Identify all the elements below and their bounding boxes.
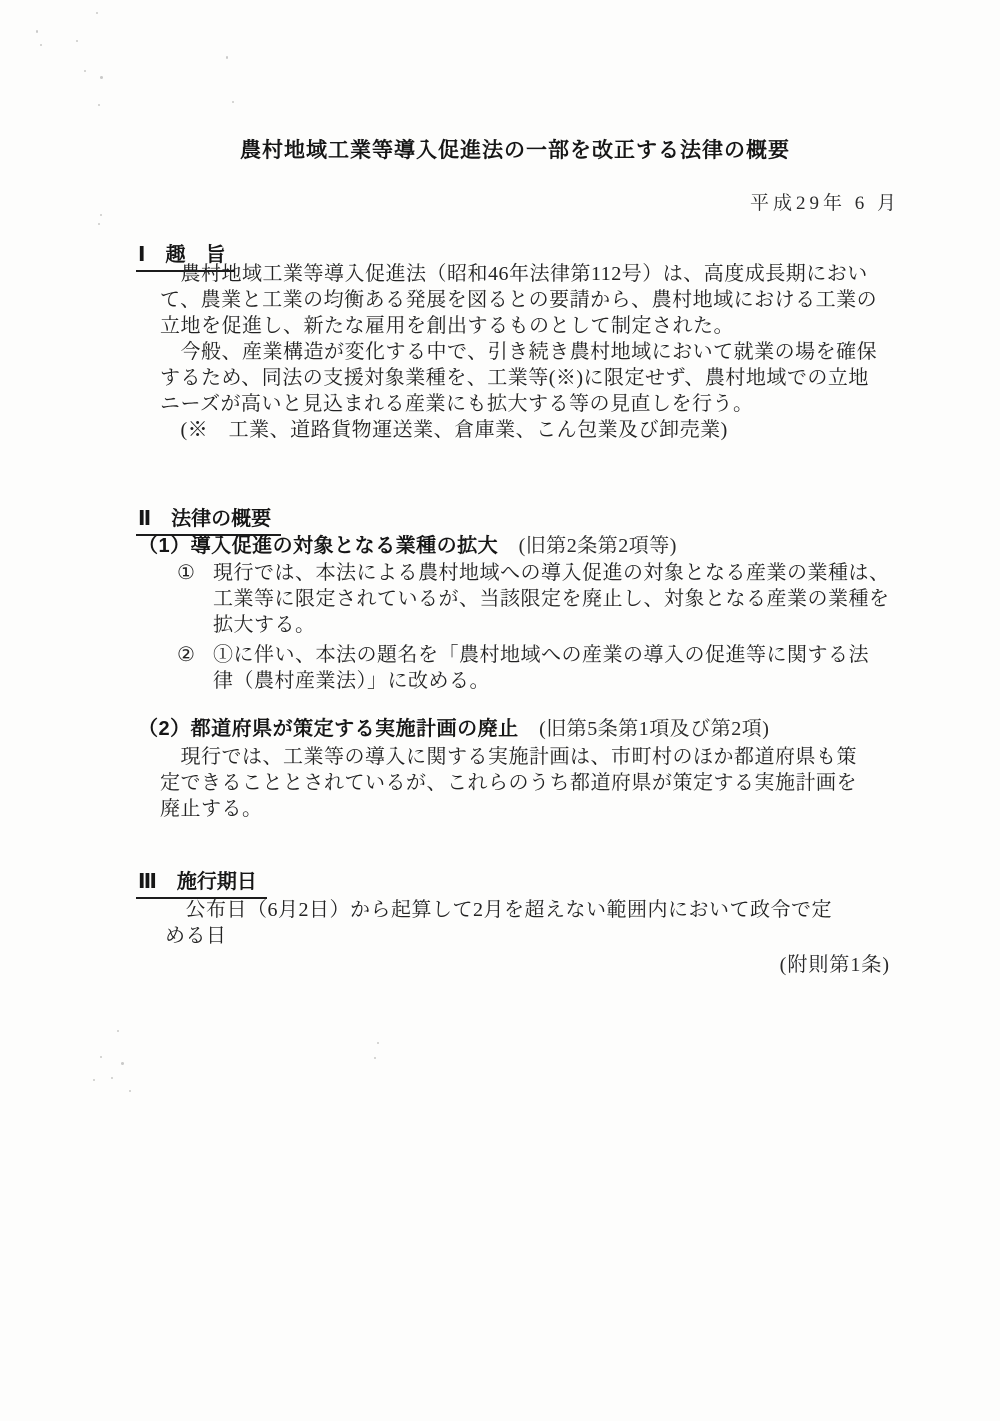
scan-speck [111,1077,113,1079]
scan-speck [76,40,78,42]
item-2-heading-ref: (旧第5条第1項及び第2項) [519,718,770,740]
item-1-heading: （1）導入促進の対象となる業種の拡大 (旧第2条第2項等) [138,529,677,558]
circled-number-1: ① [177,560,213,586]
scan-speck [377,1042,379,1044]
scan-speck [93,1079,95,1081]
scan-speck [100,214,102,216]
section-3-heading-text: Ⅲ 施行期日 [136,865,267,899]
scan-speck [84,70,86,72]
section-3-body: 公布日（6月2日）から起算して2月を超えない範囲内において政令で定 める日 [165,897,832,949]
item-1-point-2-text: ①に伴い、本法の題名を「農村地域への産業の導入の促進等に関する法 律（農村産業法… [213,642,869,694]
section-1-body: 農村地域工業等導入促進法（昭和46年法律第112号）は、高度成長期におい て、農… [160,261,877,443]
document-title: 農村地域工業等導入促進法の一部を改正する法律の概要 [0,134,1000,164]
item-2-heading-bold: （2）都道府県が策定する実施計画の廃止 [138,718,519,740]
scan-speck [100,1056,102,1058]
scan-speck [374,1057,376,1059]
scanned-document-page: 農村地域工業等導入促進法の一部を改正する法律の概要 平成29年 6 月 Ⅰ 趣 … [0,0,1000,1421]
item-1-heading-ref: (旧第2条第2項等) [498,535,677,557]
scan-speck [226,56,228,59]
scan-speck [129,1090,131,1092]
scan-speck [40,44,42,46]
document-date: 平成29年 6 月 [750,188,900,215]
scan-speck [232,101,234,103]
scan-speck [100,76,103,79]
item-2-heading: （2）都道府県が策定する実施計画の廃止 (旧第5条第1項及び第2項) [138,712,769,741]
item-1-heading-bold: （1）導入促進の対象となる業種の拡大 [138,535,498,557]
section-3-ref: (附則第1条) [780,948,890,977]
scan-speck [36,30,38,33]
scan-speck [121,1062,124,1065]
item-1-point-1-text: 現行では、本法による農村地域への導入促進の対象となる産業の業種は、 工業等に限定… [213,560,890,638]
scan-speck [96,12,98,14]
circled-number-2: ② [177,642,213,668]
item-1-point-2: ② ①に伴い、本法の題名を「農村地域への産業の導入の促進等に関する法 律（農村産… [177,642,869,694]
scan-speck [98,223,100,225]
item-1-point-1: ① 現行では、本法による農村地域への導入促進の対象となる産業の業種は、 工業等に… [177,560,890,638]
section-3-heading: Ⅲ 施行期日 [138,865,267,899]
scan-speck [98,104,100,106]
scan-speck [117,1030,119,1032]
item-2-body: 現行では、工業等の導入に関する実施計画は、市町村のほか都道府県も策 定できること… [160,744,857,822]
